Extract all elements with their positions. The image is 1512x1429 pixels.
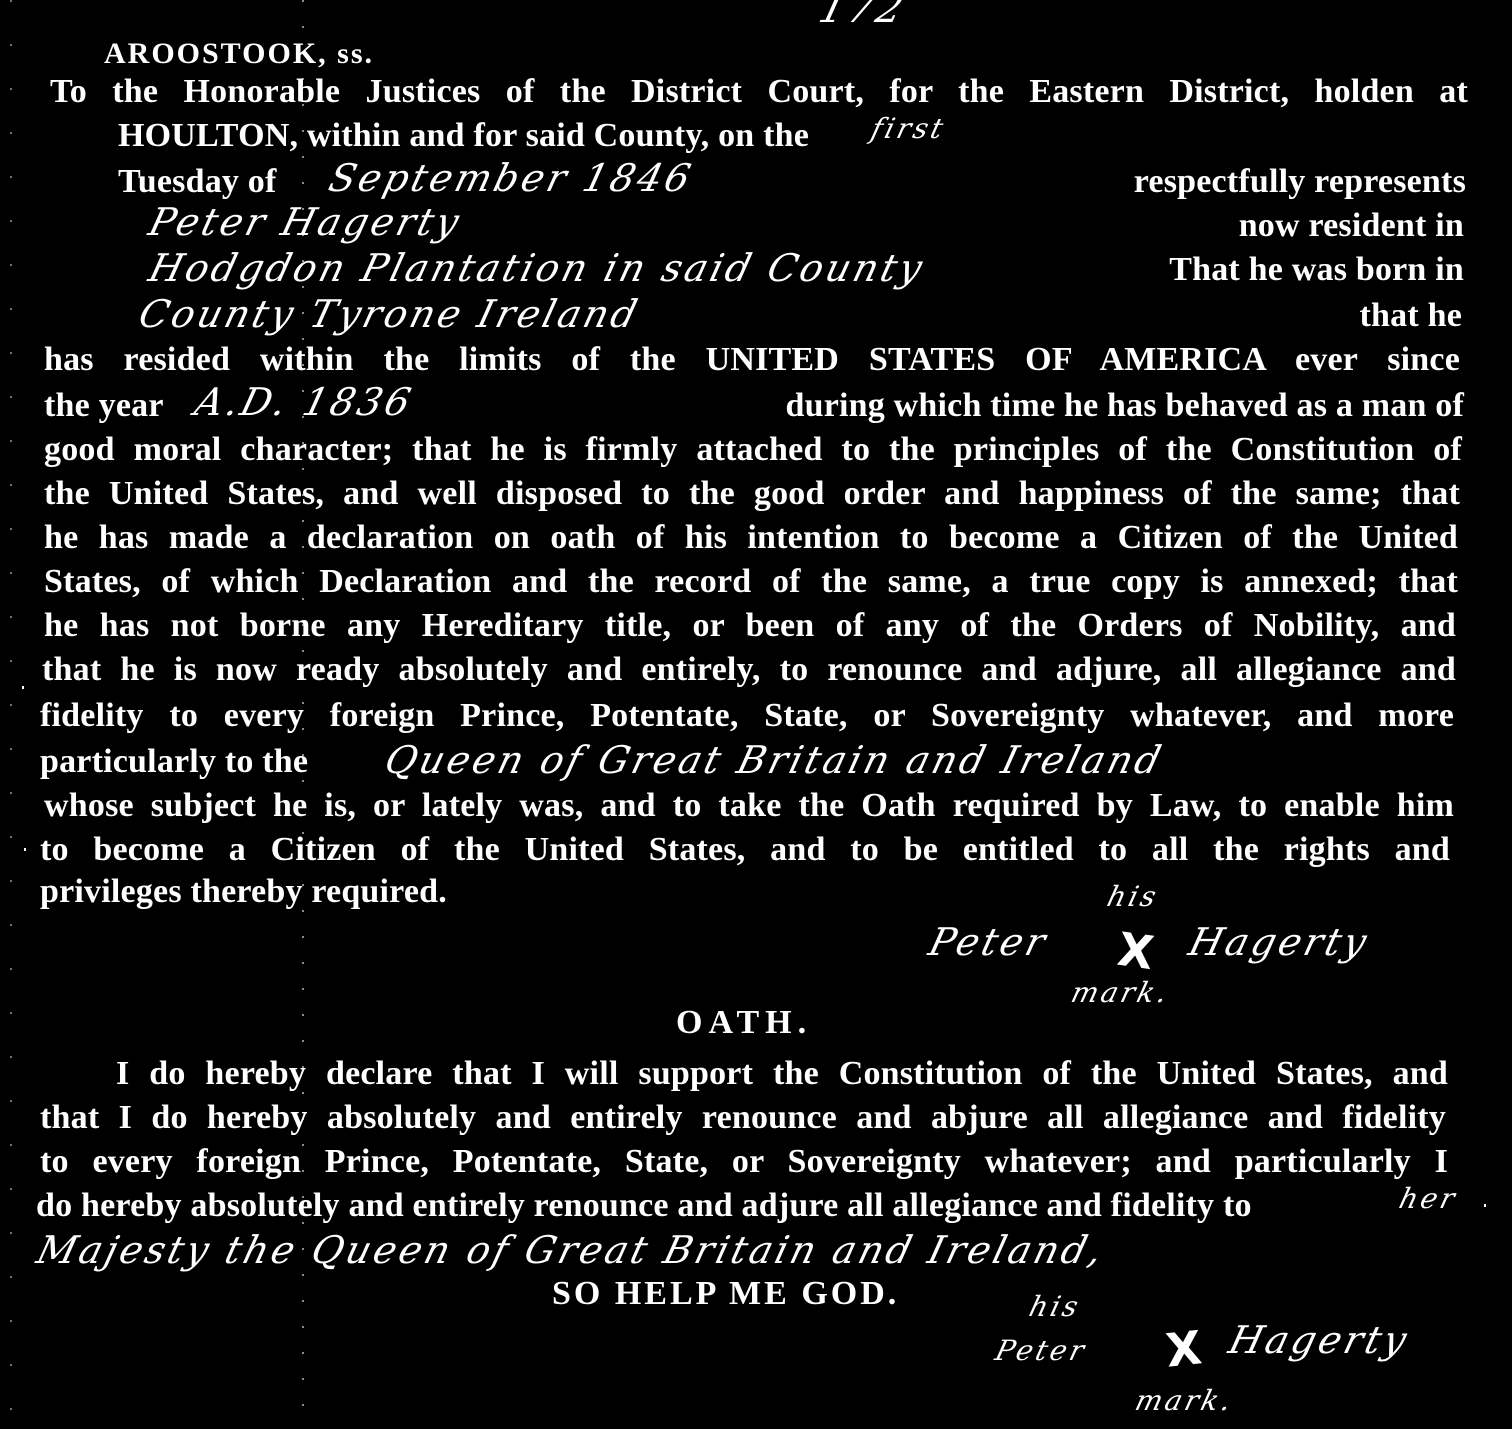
oath-line-1: I do hereby declare that I will support … bbox=[116, 1054, 1448, 1094]
oath-line-4: do hereby absolutely and entirely renoun… bbox=[36, 1186, 1252, 1226]
petition-line-3: Tuesday of bbox=[118, 162, 277, 202]
petition-line-15: fidelity to every foreign Prince, Potent… bbox=[40, 696, 1454, 736]
oath-line-3: to every foreign Prince, Potentate, Stat… bbox=[40, 1142, 1448, 1182]
handwritten-year-since: A.D. 1836 bbox=[191, 380, 418, 424]
petition-signature-mark-x: X bbox=[1114, 922, 1157, 980]
petition-line-11: he has made a declaration on oath of his… bbox=[44, 518, 1458, 558]
handwritten-page-number: 172 bbox=[814, 0, 911, 32]
oath-signature-mark-x: X bbox=[1163, 1320, 1204, 1377]
speck bbox=[1484, 1204, 1486, 1207]
handwritten-sovereign: Queen of Great Britain and Ireland bbox=[381, 738, 1169, 782]
petition-line-8: the year bbox=[44, 386, 164, 426]
handwritten-oath-line-end: her bbox=[1396, 1182, 1461, 1215]
handwritten-residence: Hodgdon Plantation in said County bbox=[145, 246, 930, 290]
petition-line-17: whose subject he is, or lately was, and … bbox=[44, 786, 1454, 826]
petition-line-10: the United States, and well disposed to … bbox=[44, 474, 1460, 514]
oath-closing: SO HELP ME GOD. bbox=[552, 1274, 899, 1314]
petition-line-5-end: That he was born in bbox=[1169, 250, 1464, 290]
petition-signature-his: his bbox=[1104, 880, 1163, 913]
petition-signature-last-name: Hagerty bbox=[1185, 920, 1374, 964]
oath-line-2: that I do hereby absolutely and entirely… bbox=[40, 1098, 1446, 1138]
petition-line-2: HOULTON, within and for said County, on … bbox=[118, 116, 809, 156]
petition-line-14: that he is now ready absolutely and enti… bbox=[42, 650, 1456, 690]
speck bbox=[22, 686, 24, 689]
handwritten-oath-sovereign: Majesty the Queen of Great Britain and I… bbox=[33, 1228, 1110, 1272]
county-heading: AROOSTOOK, ss. bbox=[104, 34, 374, 74]
handwritten-birthplace: County Tyrone Ireland bbox=[135, 292, 645, 336]
petition-line-6-end: that he bbox=[1360, 296, 1462, 336]
petition-signature-first-name: Peter bbox=[925, 920, 1053, 964]
petition-line-18: to become a Citizen of the United States… bbox=[40, 830, 1450, 870]
petition-line-9: good moral character; that he is firmly … bbox=[44, 430, 1462, 470]
petition-line-19: privileges thereby required. bbox=[40, 872, 447, 912]
petition-line-12: States, of which Declaration and the rec… bbox=[44, 562, 1458, 602]
handwritten-month-year: September 1846 bbox=[325, 156, 698, 200]
oath-signature-first-name: Peter bbox=[992, 1334, 1091, 1367]
petition-line-1: To the Honorable Justices of the Distric… bbox=[50, 72, 1468, 112]
petition-line-16: particularly to the bbox=[40, 742, 308, 782]
petition-line-13: he has not borne any Hereditary title, o… bbox=[44, 606, 1456, 646]
naturalization-document: 172 AROOSTOOK, ss. To the Honorable Just… bbox=[0, 0, 1512, 1429]
oath-signature-last-name: Hagerty bbox=[1225, 1318, 1414, 1362]
fold-line-dots bbox=[302, 0, 304, 1429]
petition-signature-mark-label: mark. bbox=[1068, 976, 1174, 1009]
petition-line-8-end: during which time he has behaved as a ma… bbox=[786, 386, 1465, 426]
left-edge-dots bbox=[10, 0, 12, 1429]
petition-line-3-end: respectfully represents bbox=[1134, 162, 1466, 202]
oath-signature-his: his bbox=[1026, 1290, 1085, 1323]
handwritten-petitioner-name: Peter Hagerty bbox=[145, 200, 467, 244]
oath-signature-mark-label: mark. bbox=[1132, 1384, 1238, 1417]
oath-heading: OATH. bbox=[676, 1004, 812, 1042]
petition-line-4-end: now resident in bbox=[1239, 206, 1464, 246]
handwritten-court-tuesday: first bbox=[868, 112, 950, 145]
petition-line-7: has resided within the limits of the UNI… bbox=[44, 340, 1460, 380]
speck bbox=[24, 848, 26, 851]
